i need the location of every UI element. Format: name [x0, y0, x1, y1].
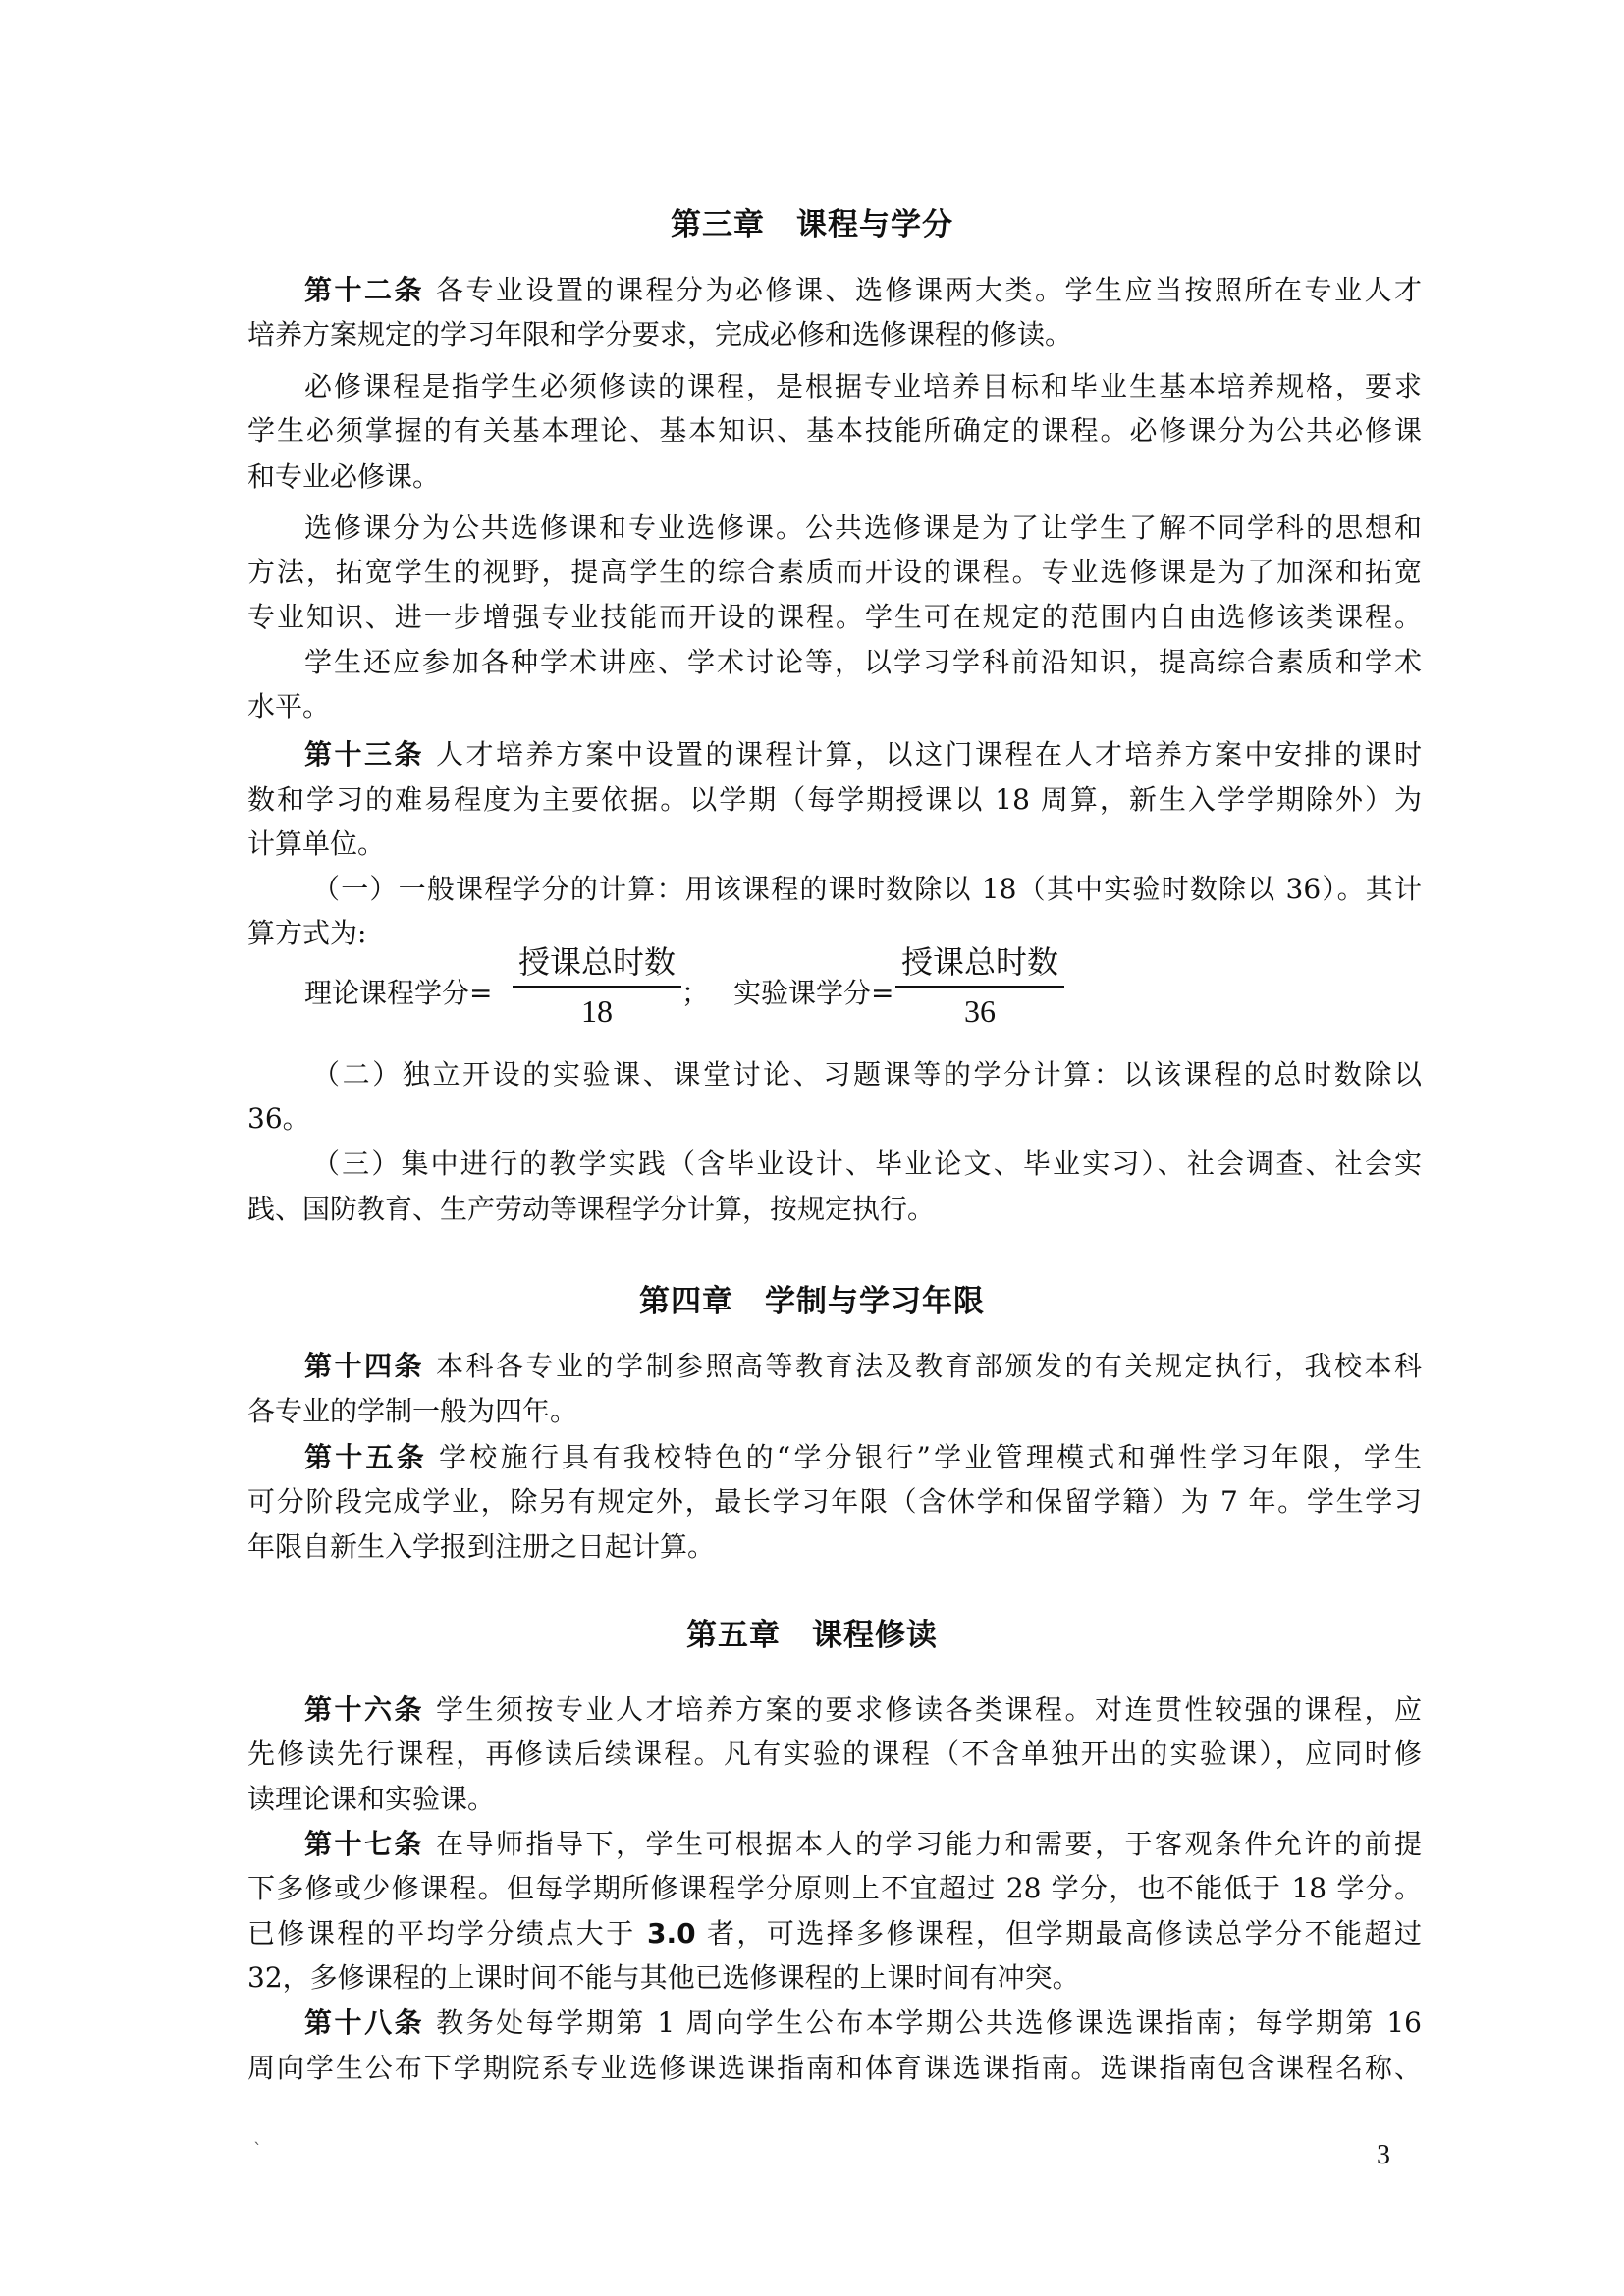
article-15-line-2: 可分阶段完成学业，除另有规定外，最长学习年限（含休学和保留学籍）为 7 年。学生… — [247, 1482, 1422, 1522]
article-17-line-3: 已修课程的平均学分绩点大于 3.0 者，可选择多修课程，但学期最高修读总学分不能… — [247, 1914, 1422, 1953]
elective-paragraph-line-2: 方法，拓宽学生的视野，提高学生的综合素质而开设的课程。专业选修课是为了加深和拓宽 — [247, 553, 1422, 592]
article-14-line-2: 各专业的学制一般为四年。 — [247, 1392, 1422, 1431]
article-17-label: 第十七条 — [304, 1828, 424, 1860]
footer-mark: ` — [253, 2140, 262, 2161]
theory-fraction: 授课总时数 18 — [513, 942, 681, 1031]
theory-credit-label: 理论课程学分= — [304, 972, 492, 1011]
item-1-line-2: 算方式为: — [247, 914, 1422, 953]
fraction-bar — [895, 986, 1064, 988]
lectures-paragraph-line-1: 学生还应参加各种学术讲座、学术讨论等，以学习学科前沿知识，提高综合素质和学术 — [304, 643, 1422, 682]
article-15-line-3: 年限自新生入学报到注册之日起计算。 — [247, 1527, 1422, 1567]
lab-denominator: 36 — [895, 991, 1064, 1031]
article-14-line-1: 第十四条本科各专业的学制参照高等教育法及教育部颁发的有关规定执行，我校本科 — [304, 1347, 1422, 1386]
elective-paragraph-line-3: 专业知识、进一步增强专业技能而开设的课程。学生可在规定的范围内自由选修该类课程。 — [247, 598, 1422, 637]
article-17-line-1: 第十七条在导师指导下，学生可根据本人的学习能力和需要，于客观条件允许的前提 — [304, 1825, 1422, 1864]
article-15-label: 第十五条 — [304, 1441, 427, 1473]
article-18-line-2: 周向学生公布下学期院系专业选修课选课指南和体育课选课指南。选课指南包含课程名称、 — [247, 2049, 1422, 2088]
article-16-line-2: 先修读先行课程，再修读后续课程。凡有实验的课程（不含单独开出的实验课），应同时修 — [247, 1735, 1422, 1774]
document-page: 第三章 课程与学分 第十二条各专业设置的课程分为必修课、选修课两大类。学生应当按… — [0, 0, 1624, 2296]
article-13-line-2: 数和学习的难易程度为主要依据。以学期（每学期授课以 18 周算，新生入学学期除外… — [247, 780, 1422, 820]
article-15-line-1: 第十五条学校施行具有我校特色的“学分银行”学业管理模式和弹性学习年限，学生 — [304, 1438, 1422, 1477]
item-2-line-1: （二）独立开设的实验课、课堂讨论、习题课等的学分计算：以该课程的总时数除以 — [312, 1055, 1422, 1095]
required-paragraph-line-3: 和专业必修课。 — [247, 457, 1422, 497]
article-12-line-1: 第十二条各专业设置的课程分为必修课、选修课两大类。学生应当按照所在专业人才 — [304, 271, 1422, 310]
article-18-line-1: 第十八条教务处每学期第 1 周向学生公布本学期公共选修课选课指南；每学期第 16 — [304, 2003, 1422, 2043]
article-16-line-3: 读理论课和实验课。 — [247, 1780, 1422, 1819]
chapter-4-title: 第四章 学制与学习年限 — [0, 1276, 1624, 1320]
article-17-line-4: 32，多修课程的上课时间不能与其他已选修课程的上课时间有冲突。 — [247, 1958, 1422, 1998]
item-1-line-1: （一）一般课程学分的计算：用该课程的课时数除以 18（其中实验时数除以 36）。… — [312, 870, 1422, 909]
gpa-threshold: 3.0 — [647, 1917, 696, 1949]
lab-credit-label: 实验课学分= — [733, 972, 893, 1011]
theory-numerator: 授课总时数 — [513, 942, 681, 982]
item-2-line-2: 36。 — [247, 1099, 1422, 1139]
article-16-label: 第十六条 — [304, 1693, 424, 1726]
item-3-line-1: （三）集中进行的教学实践（含毕业设计、毕业论文、毕业实习）、社会调查、社会实 — [312, 1145, 1422, 1184]
article-17-line-2: 下多修或少修课程。但每学期所修课程学分原则上不宜超过 28 学分，也不能低于 1… — [247, 1869, 1422, 1908]
lectures-paragraph-line-2: 水平。 — [247, 687, 1422, 726]
required-paragraph-line-2: 学生必须掌握的有关基本理论、基本知识、基本技能所确定的课程。必修课分为公共必修课 — [247, 411, 1422, 451]
article-13-line-3: 计算单位。 — [247, 825, 1422, 864]
article-13-label: 第十三条 — [304, 738, 424, 771]
page-number: 3 — [1377, 2140, 1390, 2171]
theory-denominator: 18 — [513, 991, 681, 1031]
lab-fraction: 授课总时数 36 — [895, 942, 1064, 1031]
article-18-label: 第十八条 — [304, 2006, 424, 2039]
chapter-3-title: 第三章 课程与学分 — [0, 199, 1624, 243]
formula-separator: ； — [681, 972, 709, 1011]
article-12-line-2: 培养方案规定的学习年限和学分要求，完成必修和选修课程的修读。 — [247, 315, 1422, 354]
elective-paragraph-line-1: 选修课分为公共选修课和专业选修课。公共选修课是为了让学生了解不同学科的思想和 — [304, 508, 1422, 548]
article-14-label: 第十四条 — [304, 1350, 424, 1382]
item-3-line-2: 践、国防教育、生产劳动等课程学分计算，按规定执行。 — [247, 1190, 1422, 1229]
article-12-label: 第十二条 — [304, 274, 424, 306]
chapter-5-title: 第五章 课程修读 — [0, 1610, 1624, 1654]
fraction-bar — [513, 986, 681, 988]
article-16-line-1: 第十六条学生须按专业人才培养方案的要求修读各类课程。对连贯性较强的课程，应 — [304, 1690, 1422, 1730]
article-13-line-1: 第十三条人才培养方案中设置的课程计算，以这门课程在人才培养方案中安排的课时 — [304, 735, 1422, 774]
required-paragraph-line-1: 必修课程是指学生必须修读的课程，是根据专业培养目标和毕业生基本培养规格，要求 — [304, 367, 1422, 406]
lab-numerator: 授课总时数 — [895, 942, 1064, 982]
